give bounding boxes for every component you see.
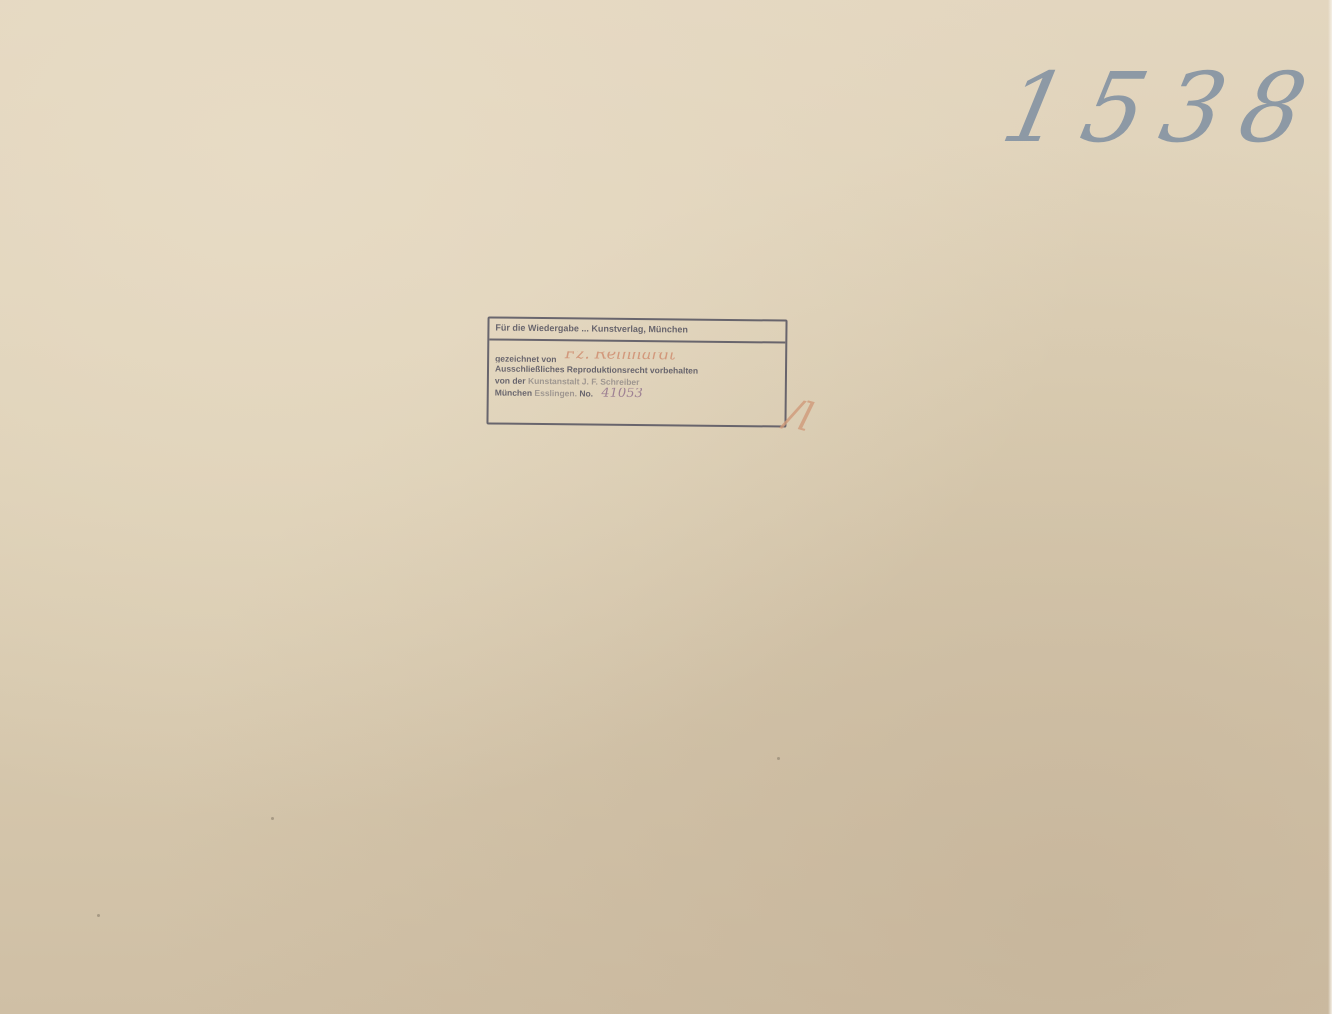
publisher-stamp: Für die Wiedergabe ... Kunstverlag, Münc… bbox=[486, 316, 787, 427]
handwritten-inventory-number: 1538 bbox=[992, 48, 1332, 168]
number-label: No. bbox=[579, 388, 593, 398]
paper-speck bbox=[271, 817, 274, 820]
stamp-number-value: 41053 bbox=[601, 387, 643, 402]
paper-speck bbox=[777, 757, 780, 760]
location-esslingen: Esslingen. bbox=[534, 388, 577, 398]
paper-edge bbox=[1328, 0, 1332, 1014]
stamp-body: gezeichnet von Fz. Reinhardt Ausschließl… bbox=[489, 340, 786, 401]
stamp-header: Für die Wiedergabe ... Kunstverlag, Münc… bbox=[489, 318, 785, 343]
paper-speck bbox=[97, 914, 100, 917]
publisher-prefix: von der bbox=[495, 376, 526, 386]
location-munich: München bbox=[495, 388, 532, 398]
publisher-name: Kunstanstalt J. F. Schreiber bbox=[528, 376, 640, 387]
artist-signature: Fz. Reinhardt bbox=[565, 351, 676, 364]
stamp-line-location: München Esslingen. No. 41053 bbox=[495, 387, 779, 402]
rights-text: Ausschließliches Reproduktionsrecht vorb… bbox=[495, 364, 698, 376]
